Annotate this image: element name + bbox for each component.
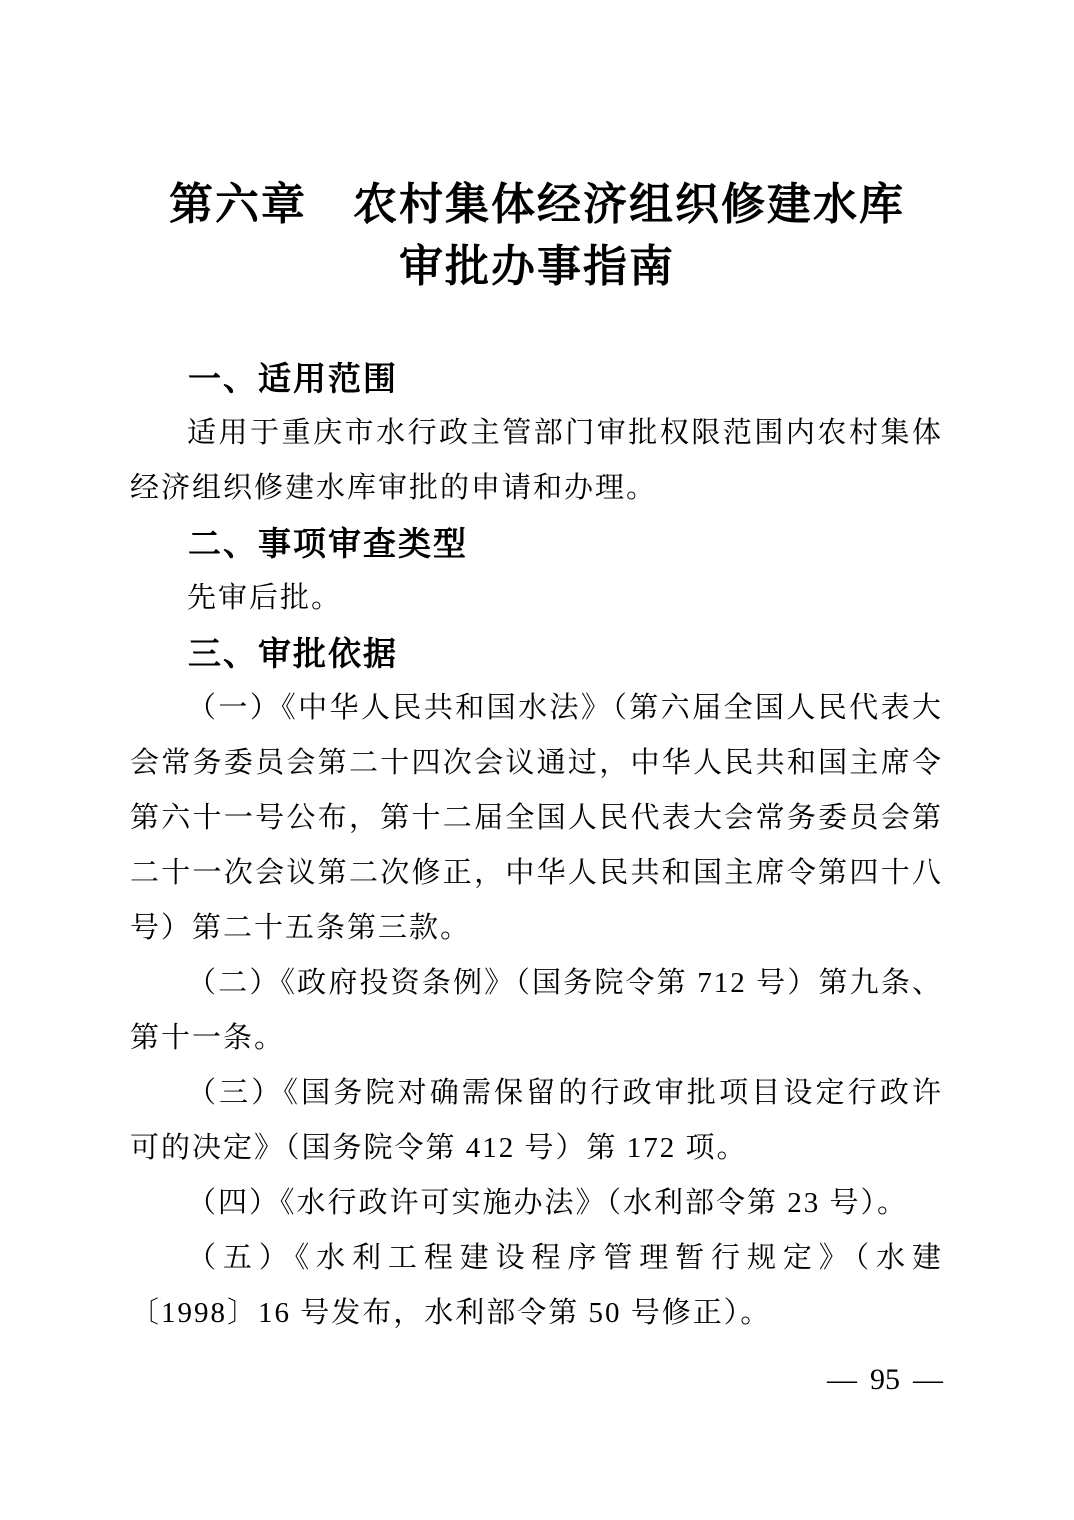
footer-dash-right: — — [913, 1363, 943, 1397]
document-body: 一、适用范围 适用于重庆市水行政主管部门审批权限范围内农村集体经济组织修建水库审… — [130, 351, 943, 1341]
paragraph-basis-item-2: （二）《政府投资条例》（国务院令第 712 号）第九条、第十一条。 — [130, 956, 943, 1066]
document-page: 第六章 农村集体经济组织修建水库 审批办事指南 一、适用范围 适用于重庆市水行政… — [0, 0, 1074, 1520]
paragraph-basis-item-5: （五）《水利工程建设程序管理暂行规定》（水建〔1998〕16 号发布，水利部令第… — [130, 1231, 943, 1341]
paragraph-scope: 适用于重庆市水行政主管部门审批权限范围内农村集体经济组织修建水库审批的申请和办理… — [130, 406, 943, 516]
page-footer: — 95 — — [827, 1363, 943, 1397]
section-heading-approval-basis: 三、审批依据 — [130, 626, 943, 681]
page-number: 95 — [870, 1363, 900, 1397]
paragraph-basis-item-3: （三）《国务院对确需保留的行政审批项目设定行政许可的决定》（国务院令第 412 … — [130, 1066, 943, 1176]
paragraph-review-type: 先审后批。 — [130, 571, 943, 626]
chapter-title: 第六章 农村集体经济组织修建水库 审批办事指南 — [0, 174, 1074, 298]
section-heading-scope: 一、适用范围 — [130, 351, 943, 406]
paragraph-basis-item-4: （四）《水行政许可实施办法》（水利部令第 23 号）。 — [130, 1176, 943, 1231]
footer-dash-left: — — [827, 1363, 857, 1397]
chapter-title-line-1: 第六章 农村集体经济组织修建水库 — [0, 174, 1074, 236]
chapter-title-line-2: 审批办事指南 — [0, 236, 1074, 298]
paragraph-basis-item-1: （一）《中华人民共和国水法》（第六届全国人民代表大会常务委员会第二十四次会议通过… — [130, 681, 943, 956]
section-heading-review-type: 二、事项审查类型 — [130, 516, 943, 571]
